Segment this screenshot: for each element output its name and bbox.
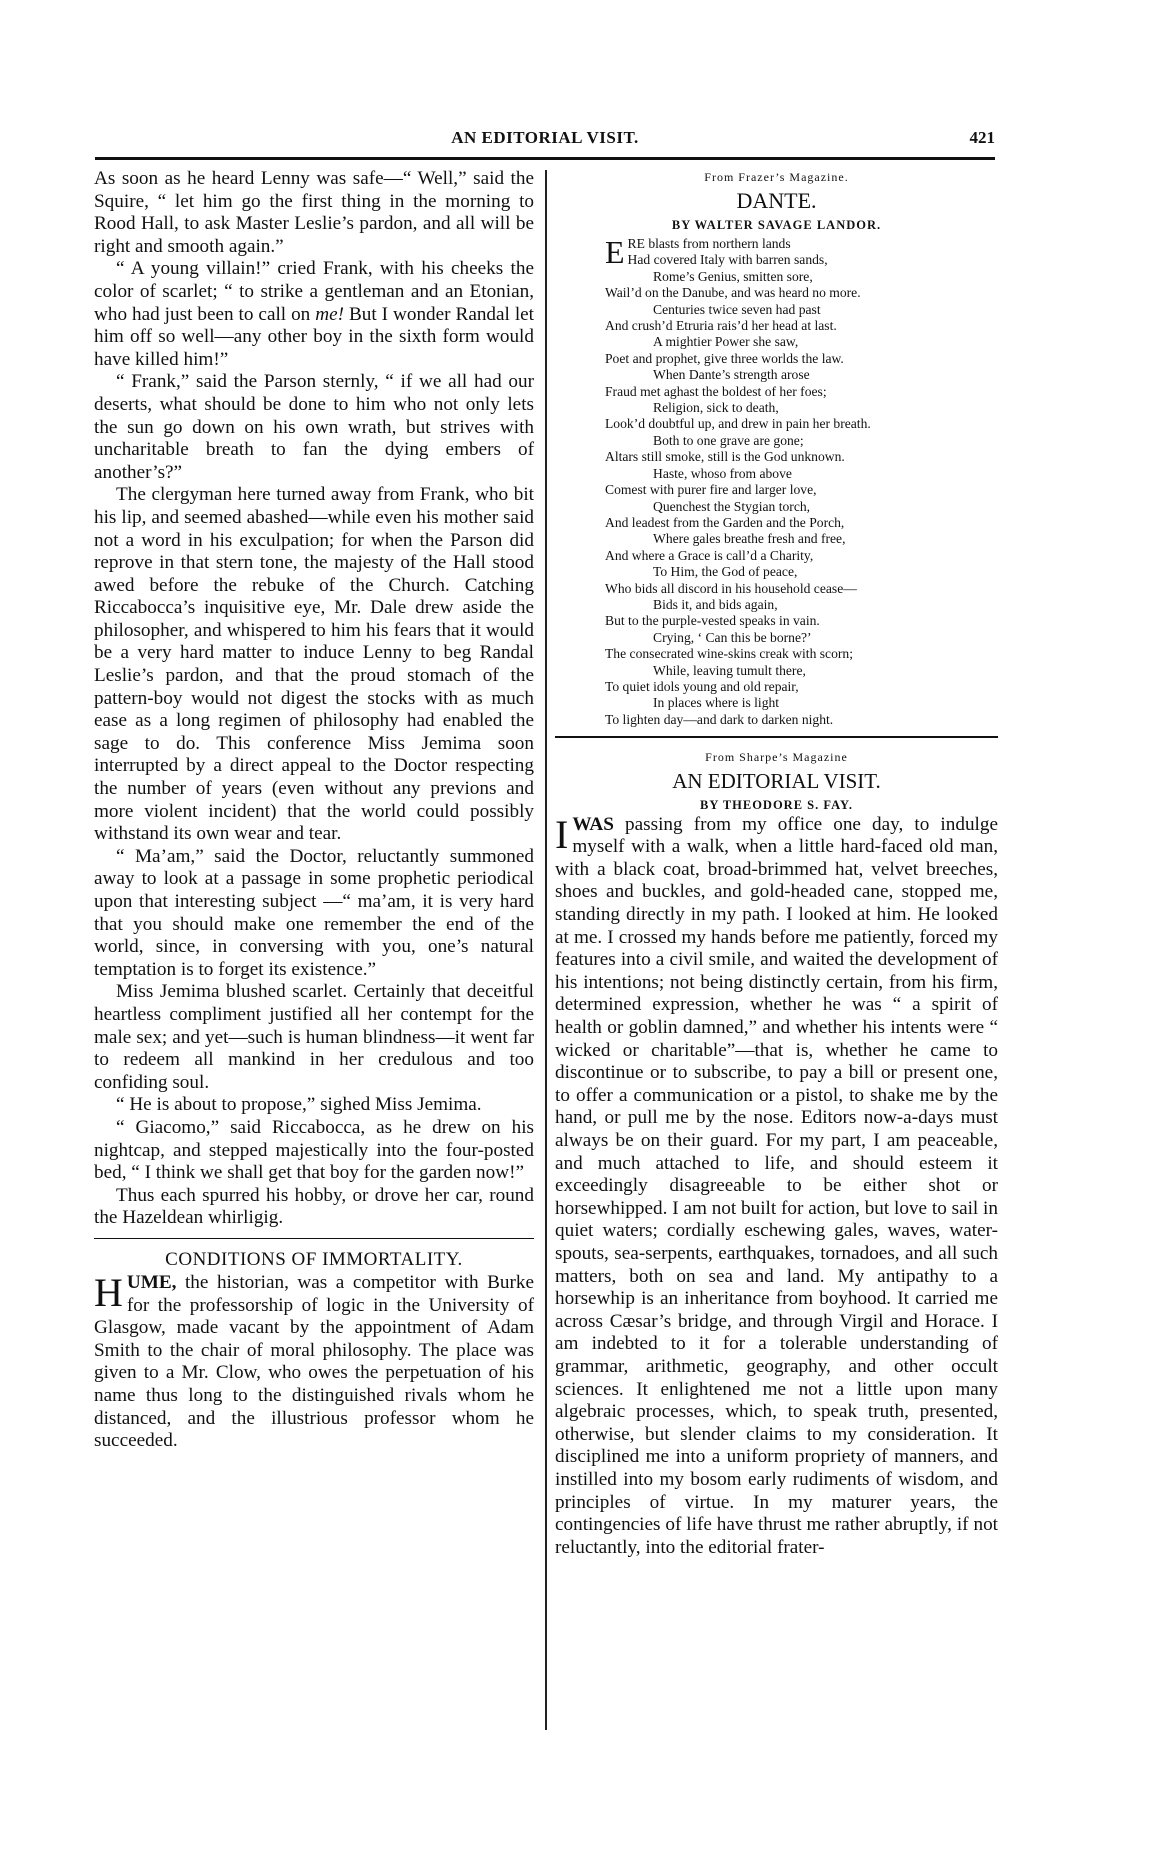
- poem-line: Where gales breathe fresh and free,: [605, 531, 998, 547]
- paragraph: “ Ma’am,” said the Doctor, reluctantly s…: [94, 846, 534, 982]
- paragraph: “ Frank,” said the Parson sternly, “ if …: [94, 371, 534, 484]
- poem-line: ERE blasts from northern lands: [605, 236, 998, 252]
- poem-source: From Frazer’s Magazine.: [555, 168, 998, 186]
- right-column: From Frazer’s Magazine. DANTE. BY WALTER…: [555, 168, 998, 1559]
- poem-line: To lighten day—and dark to darken night.: [605, 712, 998, 728]
- poem-line: Rome’s Genius, smitten sore,: [605, 269, 998, 285]
- poem-line-text: RE blasts from northern lands: [628, 236, 791, 251]
- paragraph: The clergyman here turned away from Fran…: [94, 484, 534, 846]
- left-column: As soon as he heard Lenny was safe—“ Wel…: [94, 168, 534, 1453]
- paragraph: “ Giacomo,” said Riccabocca, as he drew …: [94, 1117, 534, 1185]
- poem-line: Look’d doubtful up, and drew in pain her…: [605, 416, 998, 432]
- drop-cap: E: [605, 236, 625, 266]
- poem-line: In places where is light: [605, 695, 998, 711]
- poem-line: Comest with purer fire and larger love,: [605, 482, 998, 498]
- document-page: AN EDITORIAL VISIT. 421 As soon as he he…: [0, 0, 1176, 1850]
- poem-line: Who bids all discord in his household ce…: [605, 581, 998, 597]
- poem-line: And where a Grace is call’d a Charity,: [605, 548, 998, 564]
- poem-line: The consecrated wine-skins creak with sc…: [605, 646, 998, 662]
- drop-cap: I: [555, 814, 568, 852]
- emphasis-text: me!: [315, 304, 344, 325]
- article-title: CONDITIONS OF IMMORTALITY.: [94, 1249, 534, 1272]
- article-title: AN EDITORIAL VISIT.: [555, 768, 998, 794]
- poem-line: And leadest from the Garden and the Porc…: [605, 515, 998, 531]
- poem-line: To quiet idols young and old repair,: [605, 679, 998, 695]
- poem-line: And crush’d Etruria rais’d her head at l…: [605, 318, 998, 334]
- paragraph: “ He is about to propose,” sighed Miss J…: [94, 1094, 534, 1117]
- poem-line: Religion, sick to death,: [605, 400, 998, 416]
- page-number: 421: [970, 128, 996, 148]
- article-source: From Sharpe’s Magazine: [555, 748, 998, 766]
- poem-line: While, leaving tumult there,: [605, 663, 998, 679]
- article-byline: BY THEODORE S. FAY.: [555, 796, 998, 814]
- poem-line: Poet and prophet, give three worlds the …: [605, 351, 998, 367]
- poem-body: ERE blasts from northern lands Had cover…: [555, 236, 998, 728]
- paragraph: Miss Jemima blushed scarlet. Certainly t…: [94, 981, 534, 1094]
- poem-line: Wail’d on the Danube, and was heard no m…: [605, 285, 998, 301]
- poem-byline: BY WALTER SAVAGE LANDOR.: [555, 216, 998, 234]
- poem-line: Haste, whoso from above: [605, 466, 998, 482]
- lead-word: UME,: [127, 1272, 177, 1293]
- poem-line: Altars still smoke, still is the God unk…: [605, 449, 998, 465]
- lead-word: WAS: [572, 814, 614, 835]
- paragraph: “ A young villain!” cried Frank, with hi…: [94, 258, 534, 371]
- running-head: AN EDITORIAL VISIT. 421: [95, 128, 995, 154]
- column-divider: [545, 170, 547, 1730]
- poem-line: Centuries twice seven had past: [605, 302, 998, 318]
- article-body: HUME, the historian, was a competitor wi…: [94, 1272, 534, 1453]
- poem-line: Had covered Italy with barren sands,: [605, 252, 998, 268]
- poem-line: But to the purple-vested speaks in vain.: [605, 613, 998, 629]
- poem-line: A mightier Power she saw,: [605, 334, 998, 350]
- section-rule: [555, 736, 998, 738]
- article-body-text: passing from my office one day, to indul…: [555, 814, 998, 1558]
- poem-line: When Dante’s strength arose: [605, 367, 998, 383]
- article-body-text: the historian, was a competitor with Bur…: [94, 1272, 534, 1451]
- section-rule: [94, 1238, 534, 1240]
- poem-title: DANTE.: [555, 188, 998, 214]
- poem-line: To Him, the God of peace,: [605, 564, 998, 580]
- poem-line: Bids it, and bids again,: [605, 597, 998, 613]
- running-title: AN EDITORIAL VISIT.: [95, 128, 995, 148]
- poem-line: Quenchest the Stygian torch,: [605, 499, 998, 515]
- paragraph: As soon as he heard Lenny was safe—“ Wel…: [94, 168, 534, 258]
- poem-line: Fraud met aghast the boldest of her foes…: [605, 384, 998, 400]
- poem-line: Crying, ‘ Can this be borne?’: [605, 630, 998, 646]
- poem-line: Both to one grave are gone;: [605, 433, 998, 449]
- article-body: IWAS passing from my office one day, to …: [555, 814, 998, 1560]
- header-rule: [95, 157, 995, 160]
- paragraph: Thus each spurred his hobby, or drove he…: [94, 1185, 534, 1230]
- drop-cap: H: [94, 1272, 123, 1310]
